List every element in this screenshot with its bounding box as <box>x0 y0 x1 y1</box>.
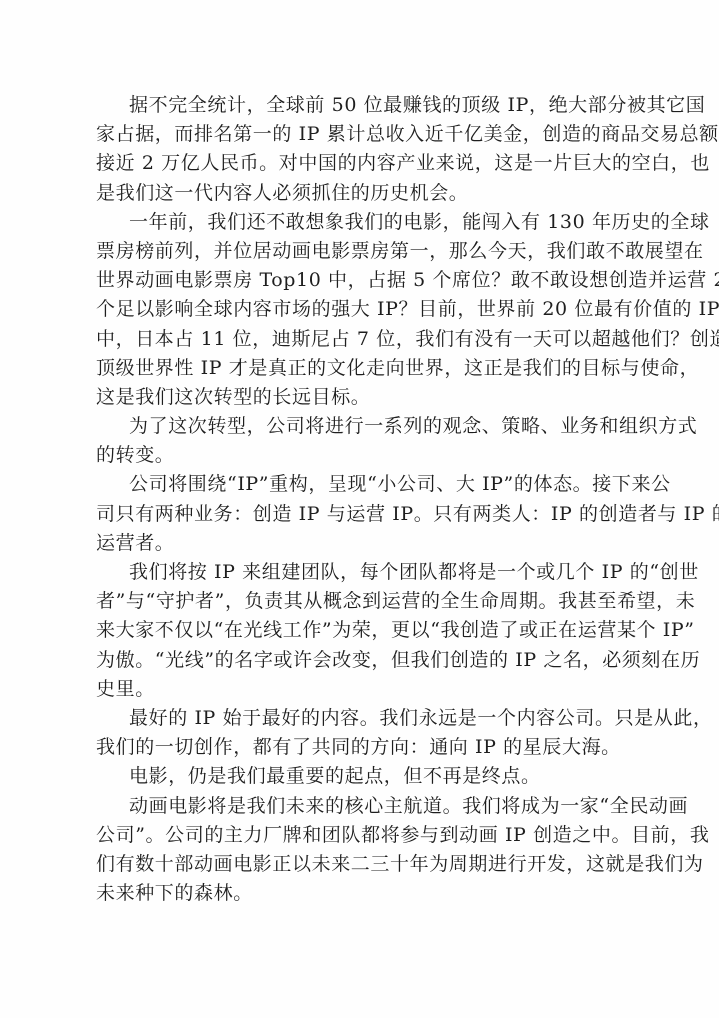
paragraph: 最好的 IP 始于最好的内容。我们永远是一个内容公司。只是从此， 我们的一切创作… <box>96 704 626 762</box>
text-line: 最好的 IP 始于最好的内容。我们永远是一个内容公司。只是从此， <box>96 704 626 733</box>
paragraph: 一年前，我们还不敢想象我们的电影，能闯入有 130 年历史的全球 票房榜前列，并… <box>96 208 626 412</box>
text-line: 接近 2 万亿人民币。对中国的内容产业来说，这是一片巨大的空白，也 <box>96 149 626 178</box>
paragraph: 电影，仍是我们最重要的起点，但不再是终点。 <box>96 762 626 791</box>
text-line: 者”与“守护者”，负责其从概念到运营的全生命周期。我甚至希望，未 <box>96 587 626 616</box>
document-body: 据不完全统计，全球前 50 位最赚钱的顶级 IP，绝大部分被其它国 家占据，而排… <box>96 91 626 908</box>
text-line: 运营者。 <box>96 529 626 558</box>
text-line: 未来种下的森林。 <box>96 879 626 908</box>
text-line: 史里。 <box>96 675 626 704</box>
paragraph: 公司将围绕“IP”重构，呈现“小公司、大 IP”的体态。接下来公 司只有两种业务… <box>96 470 626 558</box>
document-page: 据不完全统计，全球前 50 位最赚钱的顶级 IP，绝大部分被其它国 家占据，而排… <box>0 0 719 1018</box>
text-line: 是我们这一代内容人必须抓住的历史机会。 <box>96 179 626 208</box>
text-line: 我们的一切创作，都有了共同的方向：通向 IP 的星辰大海。 <box>96 733 626 762</box>
text-line: 司只有两种业务：创造 IP 与运营 IP。只有两类人：IP 的创造者与 IP 的 <box>96 500 626 529</box>
text-line: 据不完全统计，全球前 50 位最赚钱的顶级 IP，绝大部分被其它国 <box>96 91 626 120</box>
text-line: 这是我们这次转型的长远目标。 <box>96 383 626 412</box>
paragraph: 我们将按 IP 来组建团队，每个团队都将是一个或几个 IP 的“创世 者”与“守… <box>96 558 626 704</box>
text-line: 来大家不仅以“在光线工作”为荣，更以“我创造了或正在运营某个 IP” <box>96 616 626 645</box>
text-line: 世界动画电影票房 Top10 中，占据 5 个席位？敢不敢设想创造并运营 20 <box>96 266 626 295</box>
text-line: 中，日本占 11 位，迪斯尼占 7 位，我们有没有一天可以超越他们？创造 <box>96 325 626 354</box>
text-line: 的转变。 <box>96 441 626 470</box>
text-line: 顶级世界性 IP 才是真正的文化走向世界，这正是我们的目标与使命， <box>96 354 626 383</box>
text-line: 我们将按 IP 来组建团队，每个团队都将是一个或几个 IP 的“创世 <box>96 558 626 587</box>
text-line: 为了这次转型，公司将进行一系列的观念、策略、业务和组织方式 <box>96 412 626 441</box>
paragraph: 据不完全统计，全球前 50 位最赚钱的顶级 IP，绝大部分被其它国 家占据，而排… <box>96 91 626 208</box>
text-line: 公司”。公司的主力厂牌和团队都将参与到动画 IP 创造之中。目前，我 <box>96 821 626 850</box>
text-line: 公司将围绕“IP”重构，呈现“小公司、大 IP”的体态。接下来公 <box>96 470 626 499</box>
paragraph: 为了这次转型，公司将进行一系列的观念、策略、业务和组织方式 的转变。 <box>96 412 626 470</box>
text-line: 个足以影响全球内容市场的强大 IP？目前，世界前 20 位最有价值的 IP <box>96 295 626 324</box>
text-line: 们有数十部动画电影正以未来二三十年为周期进行开发，这就是我们为 <box>96 850 626 879</box>
text-line: 为傲。“光线”的名字或许会改变，但我们创造的 IP 之名，必须刻在历 <box>96 646 626 675</box>
text-line: 票房榜前列，并位居动画电影票房第一，那么今天，我们敢不敢展望在 <box>96 237 626 266</box>
text-line: 家占据，而排名第一的 IP 累计总收入近千亿美金，创造的商品交易总额 <box>96 120 626 149</box>
text-line: 动画电影将是我们未来的核心主航道。我们将成为一家“全民动画 <box>96 792 626 821</box>
paragraph: 动画电影将是我们未来的核心主航道。我们将成为一家“全民动画 公司”。公司的主力厂… <box>96 792 626 909</box>
text-line: 一年前，我们还不敢想象我们的电影，能闯入有 130 年历史的全球 <box>96 208 626 237</box>
text-line: 电影，仍是我们最重要的起点，但不再是终点。 <box>96 762 626 791</box>
